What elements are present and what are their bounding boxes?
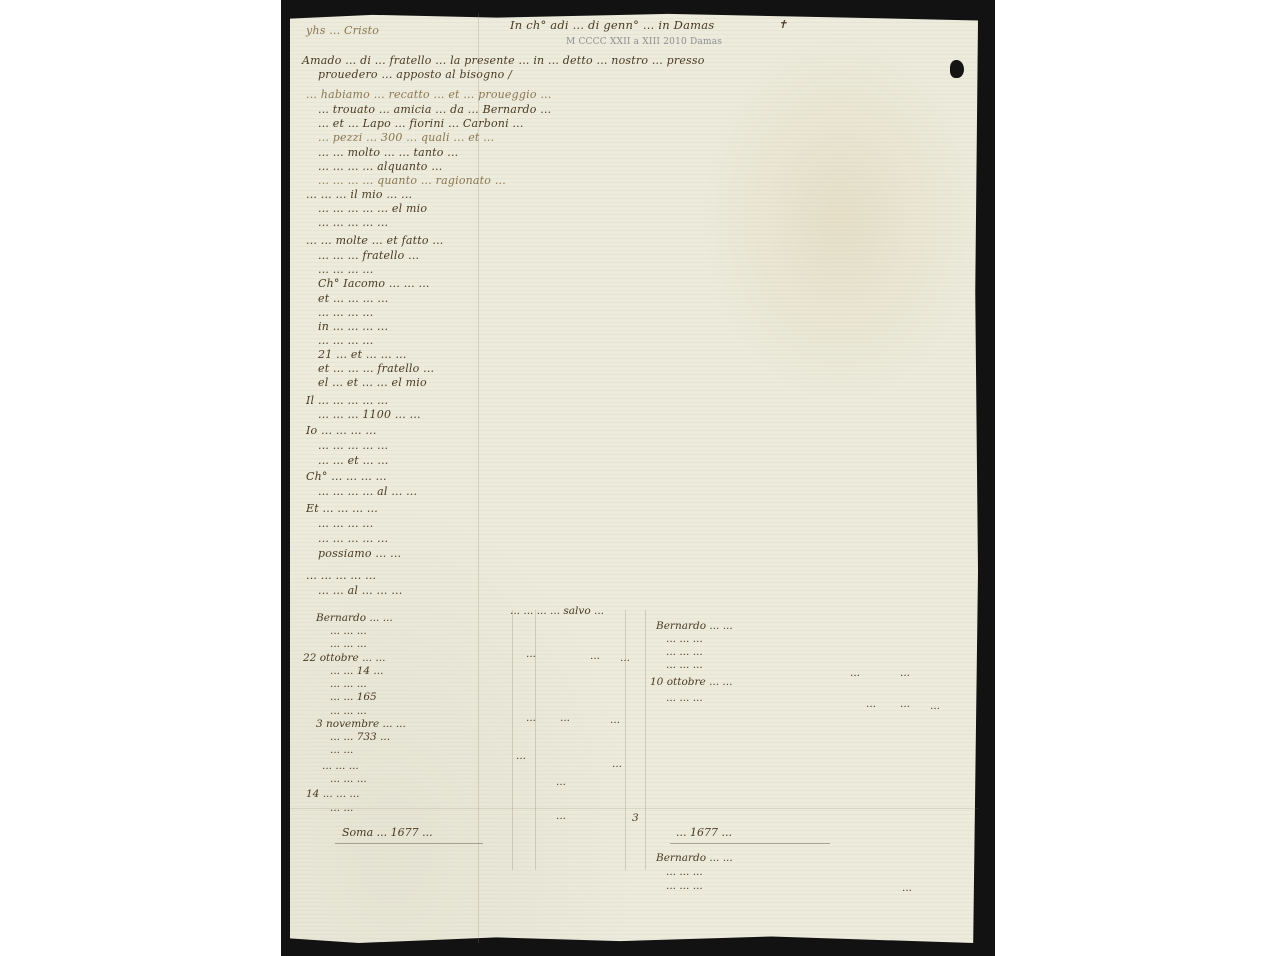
ledger-entry-line: ... ... ...: [666, 646, 703, 659]
ledger-column-header: ... ... ... ... salvo ...: [510, 605, 604, 618]
ledger-amount: ...: [612, 758, 622, 771]
body-line: ... ... ... il mio ... ...: [306, 188, 412, 202]
ledger-footer-line: ... ... ...: [666, 866, 703, 879]
ledger-entry-line: ... ... 165: [330, 691, 377, 704]
ledger-total: ... 1677 ...: [676, 826, 732, 839]
body-line: Ch° Iacomo ... ... ...: [318, 277, 430, 291]
margin-note: yhs ... Cristo: [306, 24, 379, 38]
ledger-entry-line: ... ...: [330, 744, 353, 757]
ledger-rule: [625, 610, 626, 870]
ledger-entry-line: 3 novembre ... ...: [316, 718, 406, 731]
body-line: ... ... al ... ... ...: [318, 584, 402, 598]
ledger-entry-line: Bernardo ... ...: [656, 620, 733, 633]
ledger-amount: ...: [526, 648, 536, 661]
ledger-entry-line: ... ... ...: [330, 625, 367, 638]
archival-pencil-note: M CCCC XXII a XIII 2010 Damas: [566, 35, 722, 49]
body-line: 21 ... et ... ... ...: [318, 348, 407, 362]
ledger-amount: ...: [556, 810, 566, 823]
total-underline: [670, 843, 830, 844]
body-line: ... ... ... ... ...: [318, 532, 388, 546]
ledger-entry-line: ... ... ...: [330, 678, 367, 691]
ink-blot: [950, 60, 964, 78]
body-line: ... ... ... 1100 ... ...: [318, 408, 421, 422]
fold-crease-vertical: [478, 13, 479, 943]
ledger-entry-line: ... ... ...: [330, 773, 367, 786]
body-line: ... ... ... ...: [318, 263, 373, 277]
body-line: el ... et ... ... el mio: [318, 376, 427, 390]
header-cross: ✝: [778, 18, 787, 32]
body-line: ... ... et ... ...: [318, 454, 388, 468]
ledger-amount: ...: [560, 712, 570, 725]
body-line: ... ... ... fratello ...: [318, 249, 419, 263]
ledger-amount: ...: [850, 667, 860, 680]
body-line: Io ... ... ... ...: [306, 424, 377, 438]
fold-crease-horizontal: [290, 808, 978, 809]
ledger-entry-line: ... ...: [330, 802, 353, 815]
ledger-total: Soma ... 1677 ...: [342, 826, 433, 839]
body-line: et ... ... ... fratello ...: [318, 362, 434, 376]
body-line: ... ... ... ... quanto ... ragionato ...: [318, 174, 506, 188]
body-line: ... ... ... ... ...: [306, 569, 376, 583]
body-line: ... pezzi ... 300 ... quali ... et ...: [318, 131, 494, 145]
ledger-entry-line: Bernardo ... ...: [316, 612, 393, 625]
body-line: ... ... ... ...: [318, 306, 373, 320]
body-line: in ... ... ... ...: [318, 320, 388, 334]
ledger-amount: ...: [866, 698, 876, 711]
ledger-entry-line: ... ... ...: [330, 705, 367, 718]
ledger-entry-line: 22 ottobre ... ...: [303, 652, 385, 665]
ledger-entry-line: ... ... 14 ...: [330, 665, 383, 678]
ledger-amount: ...: [516, 750, 526, 763]
ledger-entry-line: ... ... 733 ...: [330, 731, 390, 744]
ledger-entry-line: ... ... ...: [322, 760, 359, 773]
ledger-amount: ...: [526, 712, 536, 725]
ledger-amount: ...: [556, 776, 566, 789]
ledger-entry-line: ... ... ...: [666, 633, 703, 646]
ledger-amount: ...: [900, 698, 910, 711]
body-line: ... ... molto ... ... tanto ...: [318, 146, 458, 160]
body-line: prouedero ... apposto al bisogno /: [318, 68, 512, 82]
total-underline: [335, 843, 483, 844]
ledger-amount: ...: [900, 667, 910, 680]
ledger-amount: ...: [902, 882, 912, 895]
ledger-amount: ...: [610, 714, 620, 727]
body-line: ... et ... Lapo ... fiorini ... Carboni …: [318, 117, 524, 131]
ledger-amount: ...: [590, 650, 600, 663]
body-line: ... ... ... ... alquanto ...: [318, 160, 442, 174]
ledger-entry-line: 10 ottobre ... ...: [650, 676, 732, 689]
body-line: ... ... ... ...: [318, 334, 373, 348]
body-line: Amado ... di ... fratello ... la present…: [302, 54, 705, 68]
body-line: ... trouato ... amicia ... da ... Bernar…: [318, 103, 551, 117]
ledger-footer-line: Bernardo ... ...: [656, 852, 733, 865]
ledger-footer-line: ... ... ...: [666, 880, 703, 893]
ledger-rule: [512, 610, 513, 870]
ledger-entry-line: ... ... ...: [666, 659, 703, 672]
body-line: ... habiamo ... recatto ... et ... proue…: [306, 88, 551, 102]
body-line: ... ... ... ...: [318, 517, 373, 531]
body-line: et ... ... ... ...: [318, 292, 388, 306]
ledger-entry-line: 14 ... ... ...: [306, 788, 359, 801]
body-line: ... ... ... ... ... el mio: [318, 202, 427, 216]
body-line: ... ... ... ... ...: [318, 216, 388, 230]
ledger-entry-line: ... ... ...: [666, 692, 703, 705]
body-line: Et ... ... ... ...: [306, 502, 378, 516]
header-line: In ch° adi ... di genn° ... in Damas: [510, 18, 714, 32]
body-line: ... ... ... ... al ... ...: [318, 485, 417, 499]
body-line: Ch° ... ... ... ...: [306, 470, 387, 484]
ledger-amount: ...: [620, 652, 630, 665]
body-line: ... ... molte ... et fatto ...: [306, 234, 443, 248]
body-line: possiamo ... ...: [318, 547, 401, 561]
body-line: Il ... ... ... ... ...: [306, 394, 388, 408]
ledger-amount: 3: [632, 812, 639, 825]
body-line: ... ... ... ... ...: [318, 439, 388, 453]
ledger-amount: ...: [930, 700, 940, 713]
ledger-rule: [645, 610, 646, 870]
ledger-entry-line: ... ... ...: [330, 638, 367, 651]
